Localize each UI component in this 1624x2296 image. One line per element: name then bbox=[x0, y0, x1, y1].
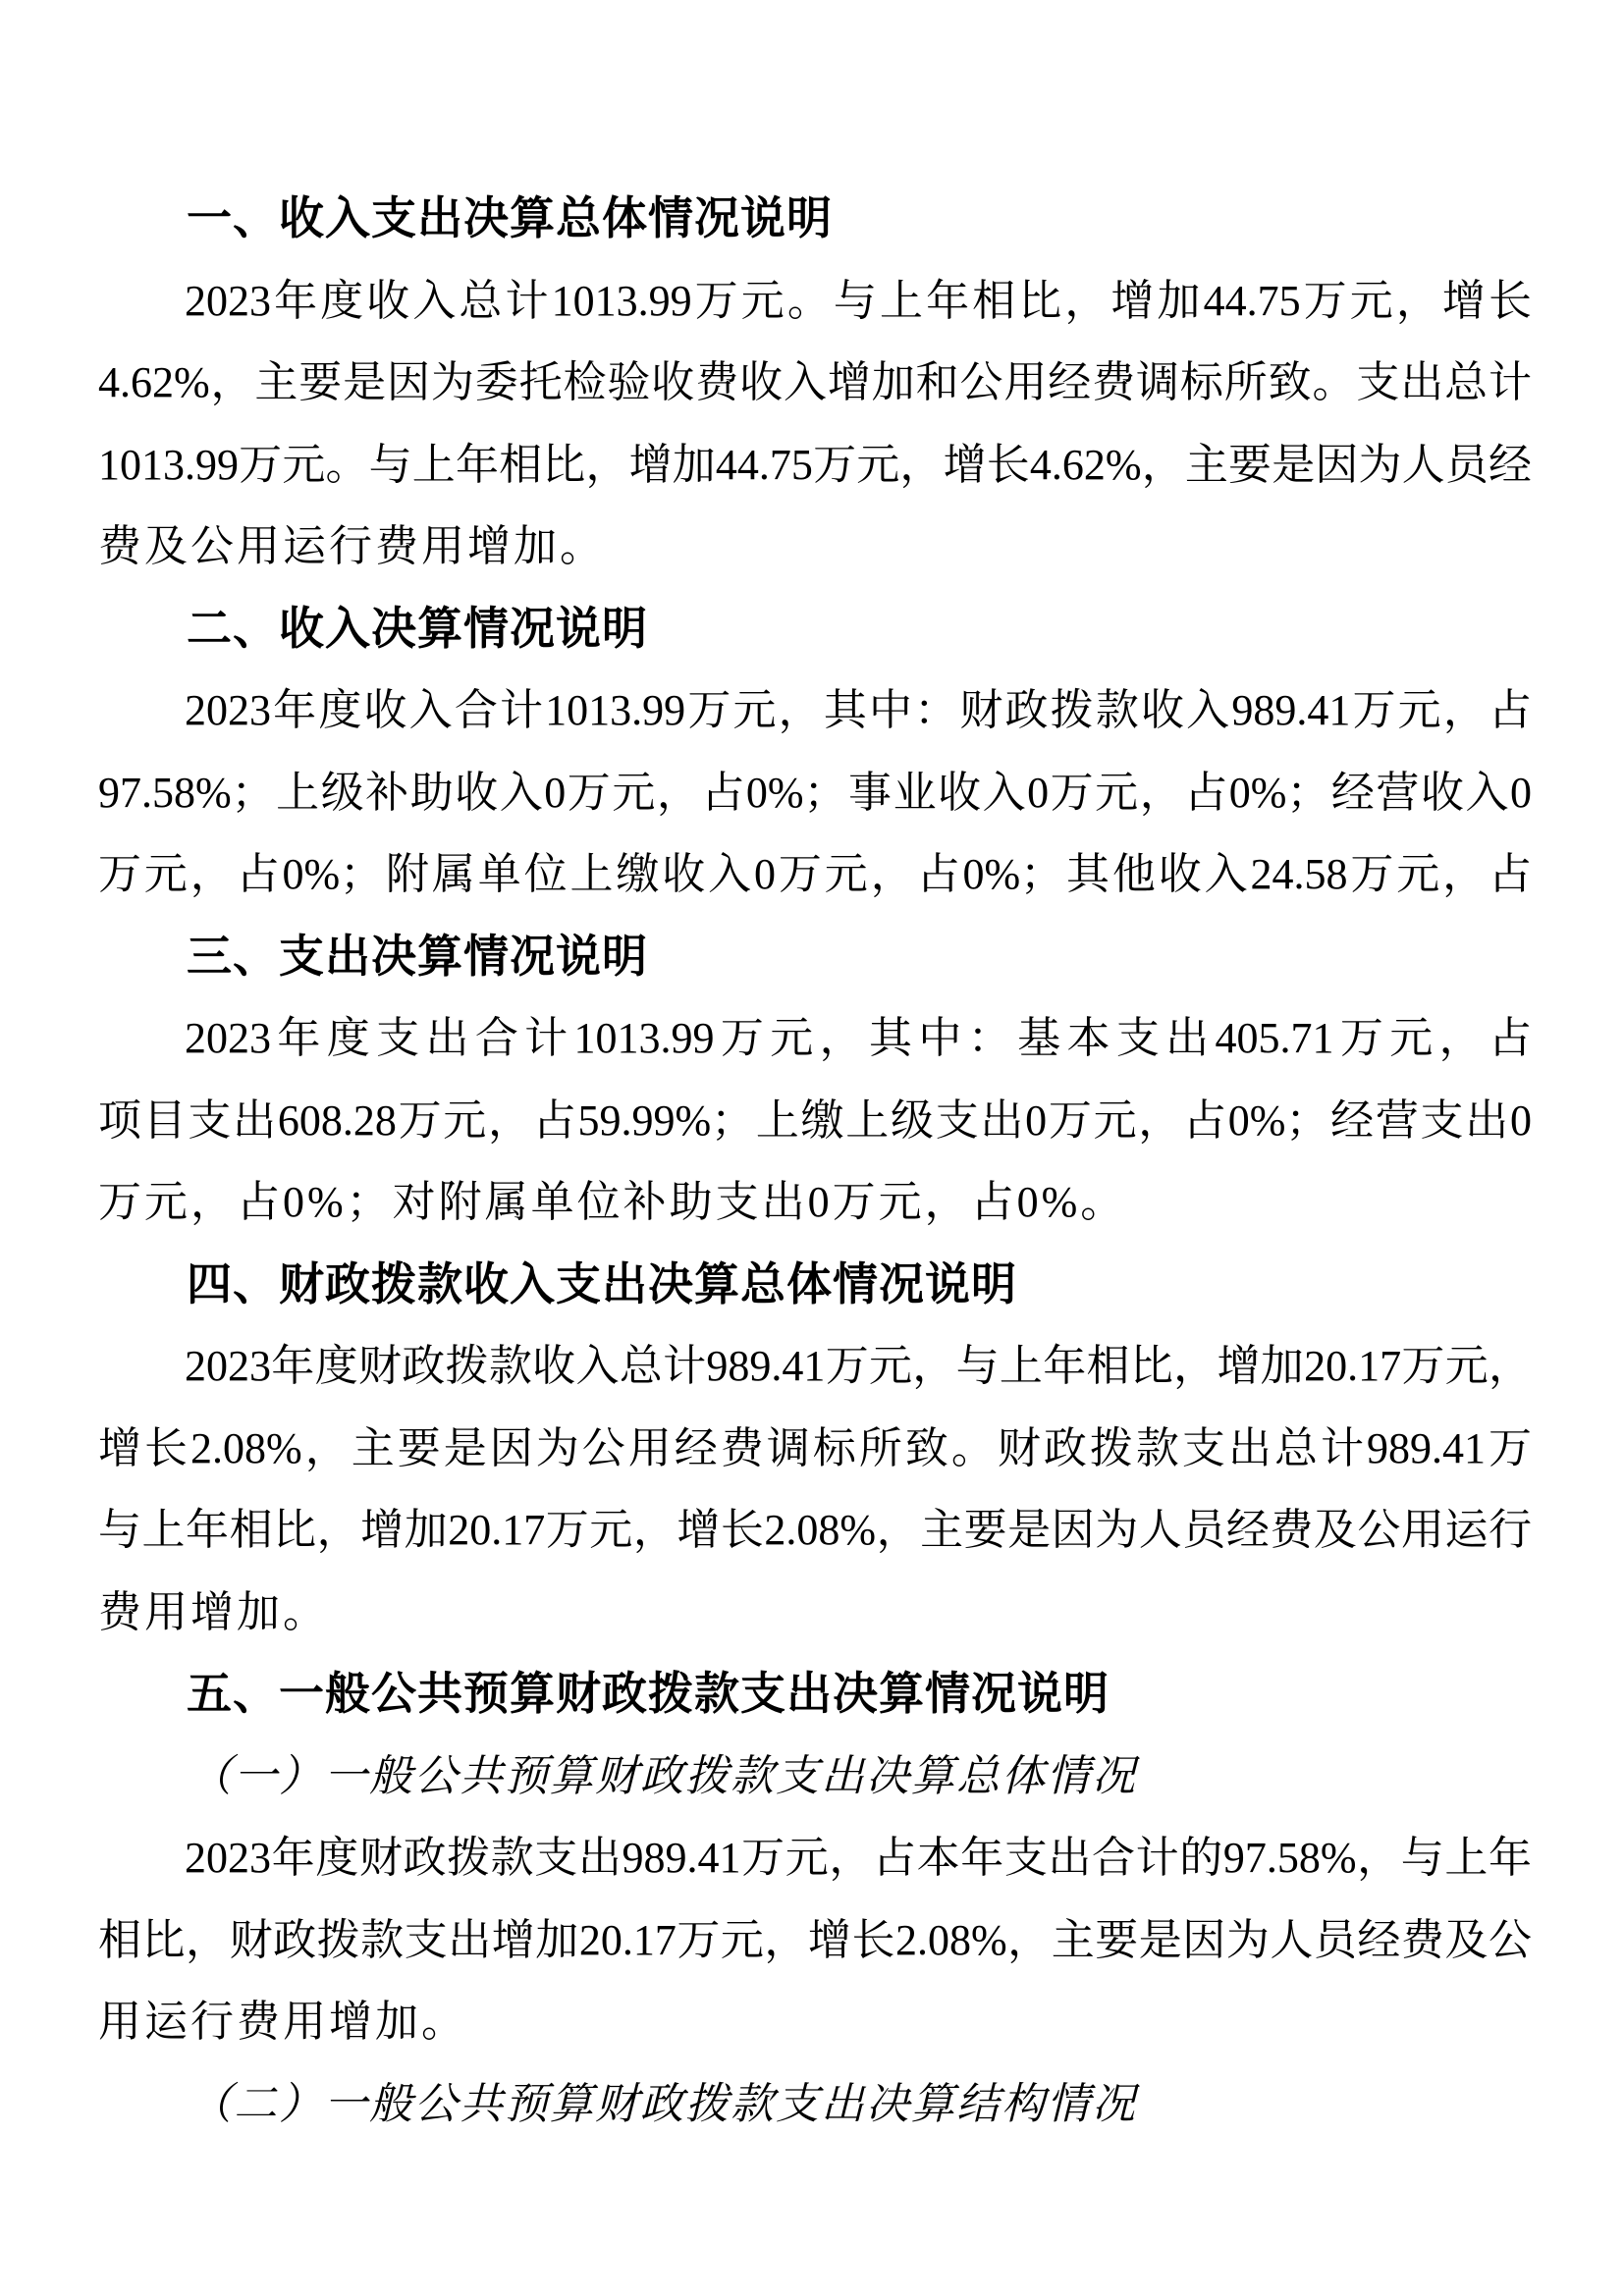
section-2-line-1: 2023年度收入合计1013.99万元，其中：财政拨款收入989.41万元，占 bbox=[98, 669, 1532, 752]
section-1-line-4: 费及公用运行费用增加。 bbox=[98, 506, 1532, 588]
section-4-line-4: 费用增加。 bbox=[98, 1572, 1532, 1654]
section-2-heading: 二、收入决算情况说明 bbox=[98, 588, 1532, 670]
section-3-line-1: 2023年度支出合计1013.99万元，其中：基本支出405.71万元，占40.… bbox=[98, 997, 1532, 1080]
section-5-subheading-2: （二）一般公共预算财政拨款支出决算结构情况 bbox=[98, 2063, 1532, 2146]
section-2-line-2: 97.58%；上级补助收入0万元，占0%；事业收入0万元，占0%；经营收入0 bbox=[98, 752, 1532, 834]
section-4-line-3: 与上年相比，增加20.17万元，增长2.08%，主要是因为人员经费及公用运行 bbox=[98, 1489, 1532, 1572]
section-1-heading: 一、收入支出决算总体情况说明 bbox=[98, 178, 1532, 260]
section-4-line-2: 增长2.08%，主要是因为公用经费调标所致。财政拨款支出总计989.41万元。 bbox=[98, 1408, 1532, 1490]
document-page: { "page": { "background": "#ffffff", "te… bbox=[0, 0, 1624, 2296]
section-5-heading: 五、一般公共预算财政拨款支出决算情况说明 bbox=[98, 1653, 1532, 1735]
section-3-heading: 三、支出决算情况说明 bbox=[98, 916, 1532, 998]
section-2-line-3: 万元，占0%；附属单位上缴收入0万元，占0%；其他收入24.58万元，占2.42… bbox=[98, 833, 1532, 916]
section-1-line-3: 1013.99万元。与上年相比，增加44.75万元，增长4.62%，主要是因为人… bbox=[98, 424, 1532, 507]
section-4-heading: 四、财政拨款收入支出决算总体情况说明 bbox=[98, 1244, 1532, 1326]
section-5-line-2: 相比，财政拨款支出增加20.17万元，增长2.08%，主要是因为人员经费及公 bbox=[98, 1899, 1532, 1982]
section-1-line-1: 2023年度收入总计1013.99万元。与上年相比，增加44.75万元，增长 bbox=[98, 260, 1532, 343]
section-5-line-1: 2023年度财政拨款支出989.41万元，占本年支出合计的97.58%，与上年 bbox=[98, 1817, 1532, 1899]
document-body: 一、收入支出决算总体情况说明 2023年度收入总计1013.99万元。与上年相比… bbox=[0, 0, 1624, 2145]
section-3-line-3: 万元，占0%；对附属单位补助支出0万元，占0%。 bbox=[98, 1161, 1532, 1244]
section-1-line-2: 4.62%，主要是因为委托检验收费收入增加和公用经费调标所致。支出总计 bbox=[98, 342, 1532, 424]
section-4-line-1: 2023年度财政拨款收入总计989.41万元，与上年相比，增加20.17万元， bbox=[98, 1325, 1532, 1408]
section-5-line-3: 用运行费用增加。 bbox=[98, 1981, 1532, 2063]
section-3-line-2: 项目支出608.28万元，占59.99%；上缴上级支出0万元，占0%；经营支出0 bbox=[98, 1080, 1532, 1162]
section-5-subheading-1: （一）一般公共预算财政拨款支出决算总体情况 bbox=[98, 1735, 1532, 1818]
